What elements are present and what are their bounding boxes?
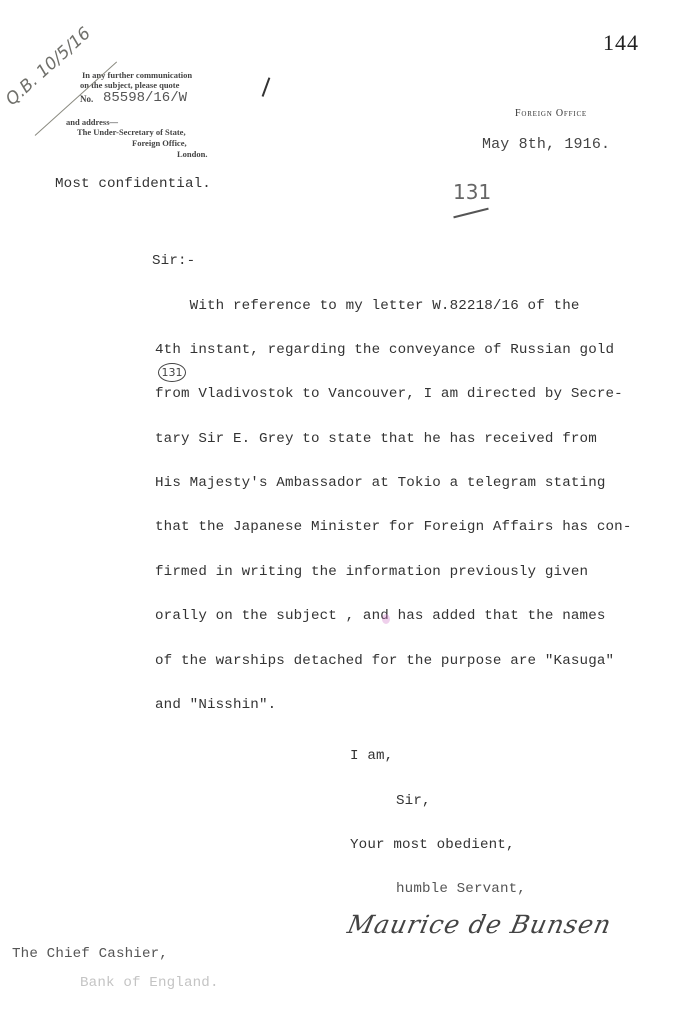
- ink-mark: [382, 614, 390, 624]
- docket-number: 131: [453, 180, 491, 204]
- address-line-2: Foreign Office,: [132, 138, 187, 148]
- closing-line-4: humble Servant,: [396, 881, 526, 897]
- salutation: Sir:-: [152, 253, 195, 269]
- classification: Most confidential.: [55, 176, 211, 192]
- circled-number-annotation: 131: [158, 363, 186, 382]
- reference-number: 85598/16/W: [103, 90, 187, 106]
- office-heading: Foreign Office: [515, 108, 587, 119]
- address-line-1: The Under-Secretary of State,: [77, 127, 186, 137]
- body-line: and "Nisshin".: [155, 697, 276, 713]
- body-line: His Majesty's Ambassador at Tokio a tele…: [155, 475, 606, 491]
- body-line: from Vladivostok to Vancouver, I am dire…: [155, 386, 623, 402]
- addressee-line-1: The Chief Cashier,: [12, 946, 168, 962]
- letter-date: May 8th, 1916.: [482, 136, 610, 153]
- closing-line-3: Your most obedient,: [350, 837, 515, 853]
- body-line: tary Sir E. Grey to state that he has re…: [155, 431, 597, 447]
- closing-line-2: Sir,: [396, 793, 431, 809]
- body-line: that the Japanese Minister for Foreign A…: [155, 519, 632, 535]
- slash-mark: [262, 77, 270, 96]
- body-line: orally on the subject , and has added th…: [155, 608, 606, 624]
- body-line: 4th instant, regarding the conveyance of…: [155, 342, 614, 358]
- closing-line-1: I am,: [350, 748, 393, 764]
- docket-underline: [453, 208, 488, 219]
- signature: Maurice de Bunsen: [345, 910, 615, 939]
- body-line: firmed in writing the information previo…: [155, 564, 588, 580]
- folio-number: 144: [603, 30, 639, 56]
- body-line: With reference to my letter W.82218/16 o…: [155, 298, 580, 314]
- addressee-line-2: Bank of England.: [80, 975, 219, 991]
- reference-number-label: No.: [80, 94, 93, 104]
- address-label: and address—: [66, 117, 118, 127]
- address-line-3: London.: [177, 149, 207, 159]
- body-line: of the warships detached for the purpose…: [155, 653, 614, 669]
